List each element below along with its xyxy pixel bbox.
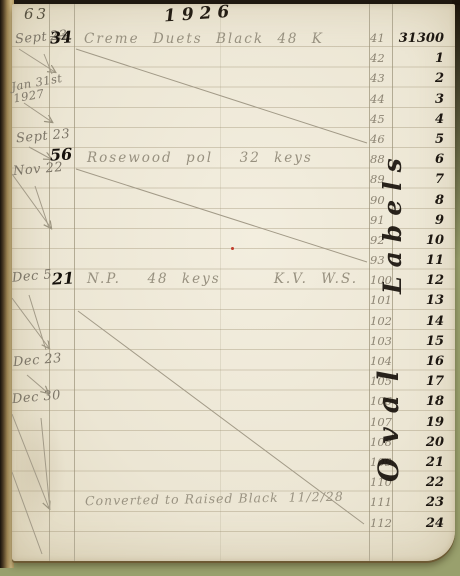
line-number: 46 <box>361 129 396 149</box>
line-number: 111 <box>361 492 396 512</box>
register-row: 10214 <box>361 311 449 331</box>
folio-number: 63 <box>24 5 49 23</box>
stock-number: 24 <box>396 514 449 534</box>
red-speck <box>231 247 234 250</box>
register-row: 4131300 <box>361 28 449 48</box>
stock-number: 13 <box>396 291 449 311</box>
page-smudge <box>16 411 66 531</box>
entry-date: Dec 5 <box>11 267 52 285</box>
stock-number: 3 <box>396 90 449 110</box>
entry-serial: 56 <box>50 144 73 164</box>
entry-date: Sept 23 <box>15 127 70 147</box>
stock-number: 5 <box>396 130 449 150</box>
conversion-note: Converted to Raised Black 11/2/28 <box>85 489 344 509</box>
ledger-photo: 63 1926 Sept23 Jan 31st 1927 Sept 23 Nov… <box>0 0 460 576</box>
register-row: 454 <box>361 109 449 129</box>
entry-date: Dec 30 <box>11 388 61 407</box>
stock-number: 1 <box>396 49 449 69</box>
entry-description: Rosewood pol 32 keys <box>87 150 313 166</box>
register-row: 465 <box>361 129 449 149</box>
line-number: 41 <box>361 28 396 48</box>
line-number: 42 <box>361 48 396 68</box>
register-row: 443 <box>361 89 449 109</box>
line-number: 103 <box>361 331 396 351</box>
stock-number: 4 <box>396 110 449 130</box>
entry-date: Dec 23 <box>12 351 62 370</box>
line-number: 43 <box>361 68 396 88</box>
line-number: 112 <box>361 513 396 533</box>
entry-description: Creme Duets Black 48 K <box>84 31 324 47</box>
stock-number: 15 <box>396 332 449 352</box>
stock-number: 31300 <box>396 29 449 49</box>
entry-description: N.P. 48 keys K.V. W.S. <box>87 271 358 287</box>
stock-number: 23 <box>396 493 449 513</box>
line-number: 102 <box>361 311 396 331</box>
line-number: 45 <box>361 109 396 129</box>
vertical-note-oval: Oval <box>372 357 406 482</box>
register-row: 11224 <box>361 513 449 533</box>
vertical-note-labels: Labels <box>378 149 408 294</box>
entry-serial: 21 <box>52 268 75 288</box>
register-row: 11123 <box>361 492 449 512</box>
register-row: 421 <box>361 48 449 68</box>
year-heading: 1926 <box>163 2 236 27</box>
stock-number: 2 <box>396 69 449 89</box>
ledger-page: 63 1926 Sept23 Jan 31st 1927 Sept 23 Nov… <box>12 4 455 561</box>
entry-date: Jan 31st 1927 <box>10 71 67 104</box>
entry-serial: 34 <box>50 27 73 47</box>
line-number: 44 <box>361 89 396 109</box>
register-row: 432 <box>361 68 449 88</box>
stock-number: 14 <box>396 312 449 332</box>
register-row: 10315 <box>361 331 449 351</box>
